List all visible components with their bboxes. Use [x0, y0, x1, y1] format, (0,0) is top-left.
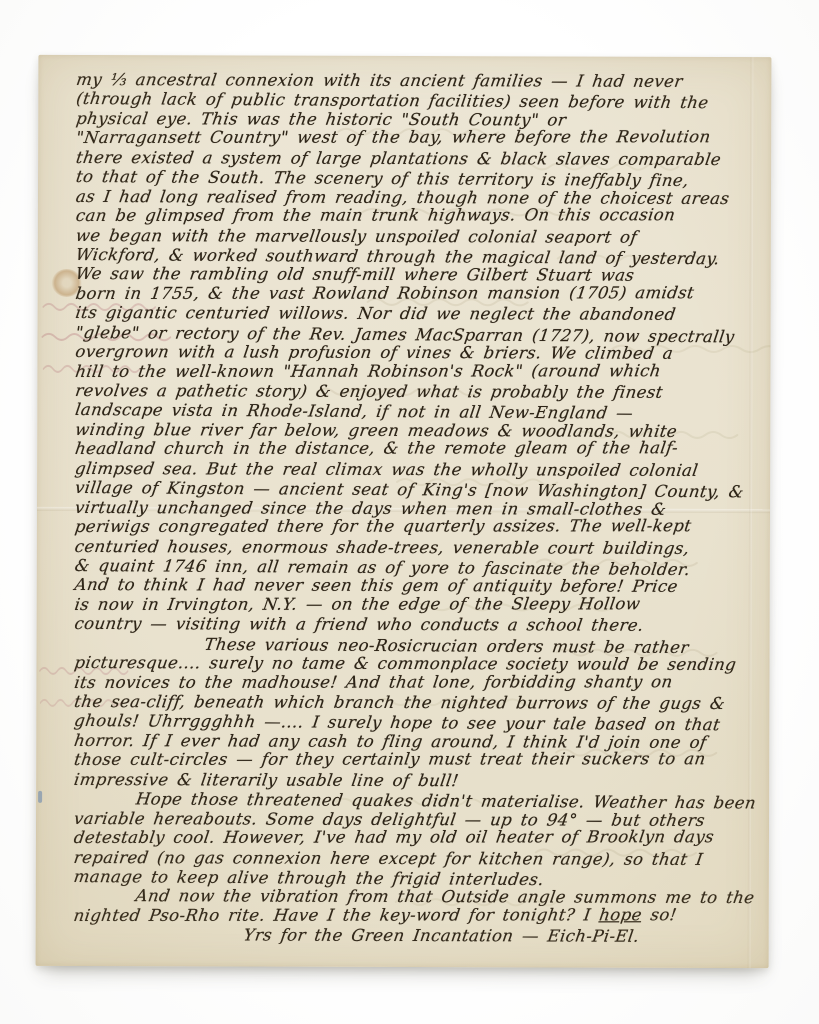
- letter-line: centuried houses, enormous shade-trees, …: [73, 536, 762, 558]
- letter-line: glimpsed sea. But the real climax was th…: [74, 459, 763, 481]
- letter-line: born in 1755, & the vast Rowland Robinso…: [74, 283, 763, 303]
- letter-line: the sea-cliff, beneath which branch the …: [73, 692, 762, 714]
- letter-line: its novices to the madhouse! And that lo…: [73, 672, 762, 692]
- letter-line: "Narragansett Country" west of the bay, …: [75, 127, 764, 147]
- letter-line: revolves a pathetic story) & enjoyed wha…: [74, 381, 763, 403]
- letter-line: impressive & literarily usable line of b…: [73, 770, 762, 792]
- blue-mark: [38, 791, 42, 803]
- letter-line: we began with the marvellously unspoiled…: [74, 225, 763, 247]
- letter-body: my ⅓ ancestral connexion with its ancien…: [74, 70, 763, 947]
- letter-line: hill to the well-known "Hannah Robinson'…: [74, 361, 763, 381]
- letter-line: headland church in the distance, & the r…: [74, 438, 763, 458]
- letter-line: is now in Irvington, N.Y. — on the edge …: [73, 594, 762, 614]
- letter-line: Yrs for the Green Incantation — Eich-Pi-…: [72, 925, 761, 947]
- letter-line: those cult-circles — for they certainly …: [73, 749, 762, 769]
- letter-line: there existed a system of large plantati…: [75, 148, 764, 170]
- letter-line: repaired (no gas connexion here except f…: [73, 847, 762, 869]
- letter-line: can be glimpsed from the main trunk high…: [75, 205, 764, 225]
- letter-line: my ⅓ ancestral connexion with its ancien…: [75, 70, 764, 92]
- letter-line: its gigantic centuried willows. Nor did …: [74, 303, 763, 325]
- letter-page: my ⅓ ancestral connexion with its ancien…: [36, 55, 772, 968]
- letter-line: country — visiting with a friend who con…: [73, 614, 762, 636]
- letter-line: periwigs congregated there for the quart…: [74, 516, 763, 536]
- letter-line: nighted Pso-Rho rite. Have I the key-wor…: [72, 905, 761, 925]
- letter-line: detestably cool. However, I've had my ol…: [73, 827, 762, 847]
